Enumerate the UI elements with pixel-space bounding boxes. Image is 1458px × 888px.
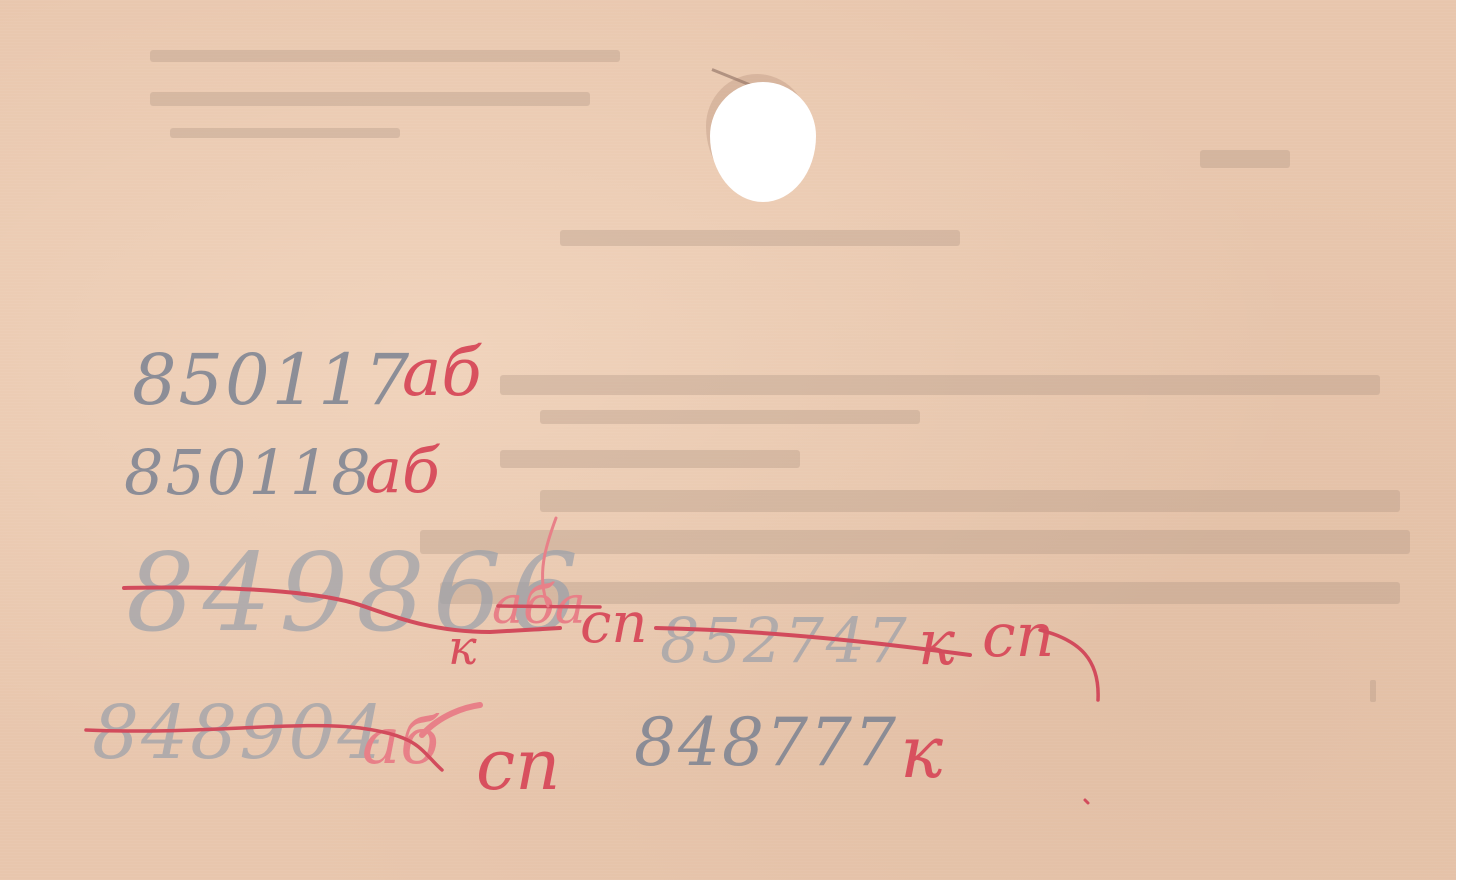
location-mark: к [900, 716, 943, 788]
punch-hole [710, 82, 816, 202]
location-mark: аб [402, 340, 482, 406]
location-mark: к [918, 612, 955, 674]
initials: сп [476, 730, 560, 800]
inventory-number-struck: 852747 [660, 610, 909, 672]
initials: сп [982, 606, 1054, 666]
location-mark: к [448, 624, 477, 672]
inventory-number: 850117 [132, 345, 411, 415]
inventory-number-struck: 848904 [92, 696, 387, 770]
catalog-card: 850117 аб 850118 аб 849866 к аба сп 8527… [0, 0, 1456, 880]
location-mark: аб [365, 440, 440, 502]
location-mark: аб [362, 710, 439, 774]
inventory-number: 850118 [124, 442, 373, 504]
inventory-number: 848777 [634, 710, 898, 776]
initials: сп [580, 596, 647, 652]
correction-note: аба [492, 580, 586, 632]
